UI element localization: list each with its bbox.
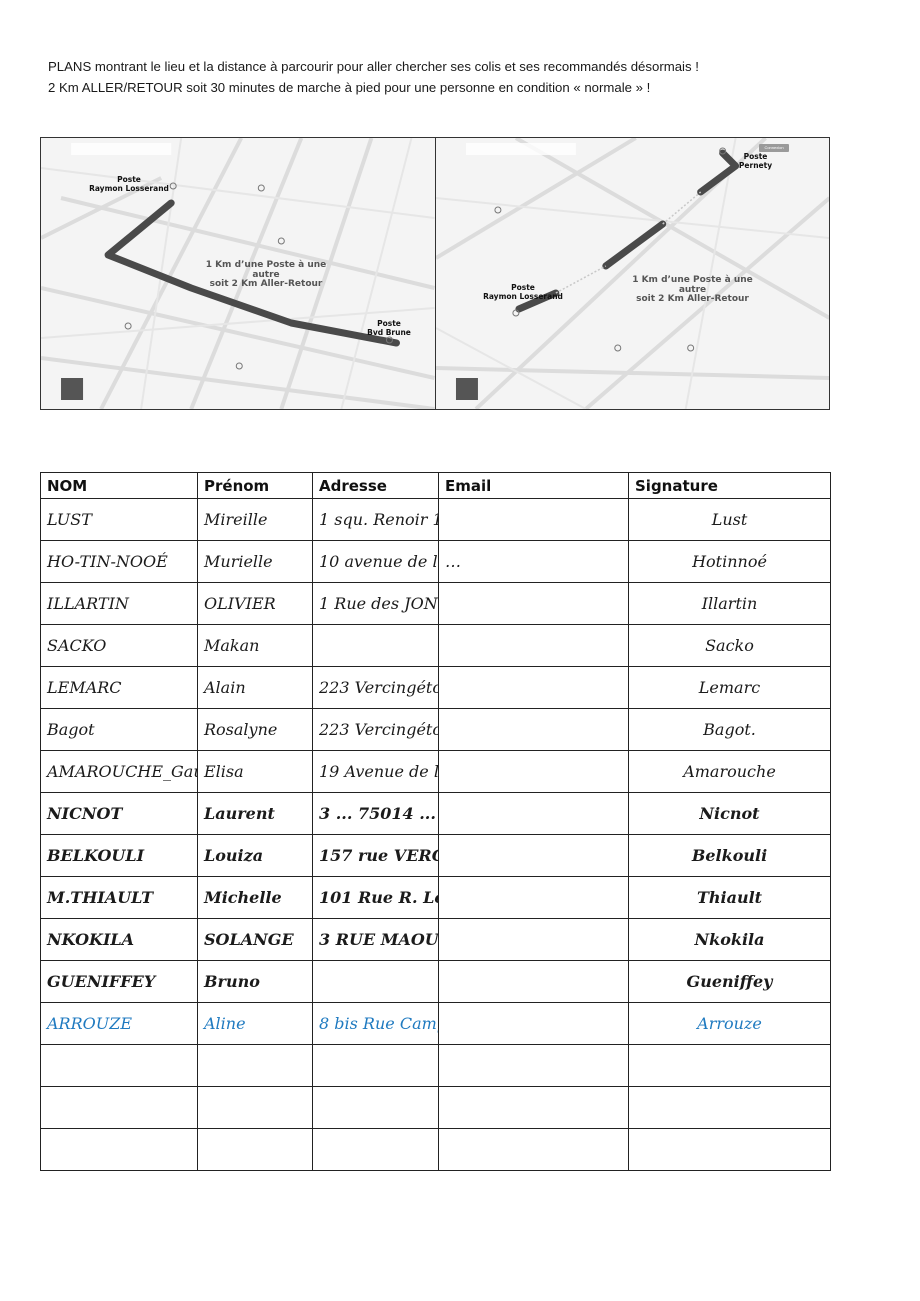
table-row: HO-TIN-NOOÉMurielle10 avenue de la……Hoti… bbox=[41, 541, 831, 583]
cell-adresse: 1 Rue des JONQUILLES bbox=[313, 583, 439, 625]
cell-adresse: 101 Rue R. Losserand bbox=[313, 877, 439, 919]
cell-nom: LUST bbox=[41, 499, 198, 541]
cell-email bbox=[439, 1045, 629, 1087]
cell-email bbox=[439, 1129, 629, 1171]
cell-prenom: Elisa bbox=[198, 751, 313, 793]
cell-prenom bbox=[198, 1129, 313, 1171]
cell-adresse bbox=[313, 625, 439, 667]
cell-prenom: Mireille bbox=[198, 499, 313, 541]
table-row: GUENIFFEYBrunoGueniffey bbox=[41, 961, 831, 1003]
table-row bbox=[41, 1087, 831, 1129]
table-row: BagotRosalyne223 VercingétorixBagot. bbox=[41, 709, 831, 751]
cell-adresse bbox=[313, 1087, 439, 1129]
table-row: NKOKILASOLANGE3 RUE MAOUH de BOUCHORNkok… bbox=[41, 919, 831, 961]
cell-signature: Sacko bbox=[629, 625, 831, 667]
cell-adresse: 223 Vercingétorix bbox=[313, 667, 439, 709]
cell-nom: HO-TIN-NOOÉ bbox=[41, 541, 198, 583]
cell-email bbox=[439, 751, 629, 793]
cell-signature bbox=[629, 1129, 831, 1171]
cell-prenom: OLIVIER bbox=[198, 583, 313, 625]
cell-nom: BELKOULI bbox=[41, 835, 198, 877]
cell-nom: ILLARTIN bbox=[41, 583, 198, 625]
cell-email bbox=[439, 625, 629, 667]
map-1-distance-note: 1 Km d’une Poste à une autre soit 2 Km A… bbox=[191, 261, 341, 290]
cell-prenom: Michelle bbox=[198, 877, 313, 919]
cell-nom bbox=[41, 1045, 198, 1087]
table-row: BELKOULILouiza157 rue VERCINGÉTORIXBelko… bbox=[41, 835, 831, 877]
map-2-start-label: Poste Raymon Losserand bbox=[481, 284, 566, 301]
petition-table: NOM Prénom Adresse Email Signature LUSTM… bbox=[40, 472, 831, 1171]
cell-email bbox=[439, 1087, 629, 1129]
cell-nom bbox=[41, 1129, 198, 1171]
header-prenom: Prénom bbox=[198, 473, 313, 499]
cell-email bbox=[439, 793, 629, 835]
map-2-distance-note: 1 Km d’une Poste à une autre soit 2 Km A… bbox=[618, 276, 768, 305]
table-header-row: NOM Prénom Adresse Email Signature bbox=[41, 473, 831, 499]
intro-line-1: PLANS montrant le lieu et la distance à … bbox=[48, 56, 699, 77]
cell-nom: Bagot bbox=[41, 709, 198, 751]
cell-signature: Nkokila bbox=[629, 919, 831, 961]
cell-nom: ARROUZE bbox=[41, 1003, 198, 1045]
map-1-start-label: Poste Raymon Losserand bbox=[89, 176, 169, 193]
cell-signature bbox=[629, 1087, 831, 1129]
cell-adresse bbox=[313, 1045, 439, 1087]
cell-adresse: 3 ... 75014 ... bbox=[313, 793, 439, 835]
cell-signature: Hotinnoé bbox=[629, 541, 831, 583]
table-row: ARROUZEAline8 bis Rue Campagne-Première … bbox=[41, 1003, 831, 1045]
header-email: Email bbox=[439, 473, 629, 499]
cell-prenom bbox=[198, 1045, 313, 1087]
cell-nom: GUENIFFEY bbox=[41, 961, 198, 1003]
table-row: LUSTMireille1 squ. Renoir 14eLust bbox=[41, 499, 831, 541]
cell-nom: LEMARC bbox=[41, 667, 198, 709]
cell-adresse bbox=[313, 961, 439, 1003]
cell-signature: Thiault bbox=[629, 877, 831, 919]
cell-nom: AMAROUCHE_Gauthier bbox=[41, 751, 198, 793]
cell-prenom bbox=[198, 1087, 313, 1129]
maps-panel: Poste Raymon Losserand Poste Bvd Brune 1… bbox=[40, 137, 830, 410]
map-1-end-label: Poste Bvd Brune bbox=[359, 320, 419, 337]
cell-prenom: Aline bbox=[198, 1003, 313, 1045]
cell-adresse: 10 avenue de la… bbox=[313, 541, 439, 583]
cell-prenom: Alain bbox=[198, 667, 313, 709]
intro-text: PLANS montrant le lieu et la distance à … bbox=[48, 56, 699, 98]
connexion-button[interactable]: Connexion bbox=[759, 144, 789, 152]
cell-signature: Illartin bbox=[629, 583, 831, 625]
cell-prenom: Laurent bbox=[198, 793, 313, 835]
cell-signature: Belkouli bbox=[629, 835, 831, 877]
cell-nom: NKOKILA bbox=[41, 919, 198, 961]
cell-signature: Arrouze bbox=[629, 1003, 831, 1045]
cell-email bbox=[439, 961, 629, 1003]
cell-adresse: 223 Vercingétorix bbox=[313, 709, 439, 751]
map-route-bvd-brune: Poste Raymon Losserand Poste Bvd Brune 1… bbox=[41, 138, 435, 409]
cell-signature: Nicnot bbox=[629, 793, 831, 835]
cell-nom bbox=[41, 1087, 198, 1129]
map-route-pernety: Connexion Poste Pernety Poste Raymon Los… bbox=[435, 138, 830, 409]
cell-email bbox=[439, 709, 629, 751]
cell-signature: Bagot. bbox=[629, 709, 831, 751]
cell-adresse: 157 rue VERCINGÉTORIX bbox=[313, 835, 439, 877]
cell-email bbox=[439, 877, 629, 919]
cell-prenom: Murielle bbox=[198, 541, 313, 583]
intro-line-2: 2 Km ALLER/RETOUR soit 30 minutes de mar… bbox=[48, 77, 699, 98]
cell-email bbox=[439, 835, 629, 877]
cell-adresse: 8 bis Rue Campagne-Première 75014 Paris bbox=[313, 1003, 439, 1045]
table-row: M.THIAULTMichelle101 Rue R. LosserandThi… bbox=[41, 877, 831, 919]
table-row: ILLARTINOLIVIER1 Rue des JONQUILLESIllar… bbox=[41, 583, 831, 625]
cell-signature: Gueniffey bbox=[629, 961, 831, 1003]
cell-nom: NICNOT bbox=[41, 793, 198, 835]
cell-adresse: 19 Avenue de la Porte de Vanves 75014 PA… bbox=[313, 751, 439, 793]
cell-adresse: 3 RUE MAOUH de BOUCHOR bbox=[313, 919, 439, 961]
cell-email bbox=[439, 667, 629, 709]
cell-prenom: Makan bbox=[198, 625, 313, 667]
cell-prenom: Louiza bbox=[198, 835, 313, 877]
header-nom: NOM bbox=[41, 473, 198, 499]
cell-nom: SACKO bbox=[41, 625, 198, 667]
table-row: LEMARCAlain223 VercingétorixLemarc bbox=[41, 667, 831, 709]
map-2-end-label: Poste Pernety bbox=[736, 153, 776, 170]
cell-signature: Lemarc bbox=[629, 667, 831, 709]
table-row: AMAROUCHE_GauthierElisa19 Avenue de la P… bbox=[41, 751, 831, 793]
cell-prenom: Bruno bbox=[198, 961, 313, 1003]
map-2-streets bbox=[436, 138, 830, 409]
cell-adresse: 1 squ. Renoir 14e bbox=[313, 499, 439, 541]
table-row: SACKOMakanSacko bbox=[41, 625, 831, 667]
cell-signature: Amarouche bbox=[629, 751, 831, 793]
table-row bbox=[41, 1045, 831, 1087]
cell-email bbox=[439, 1003, 629, 1045]
cell-nom: M.THIAULT bbox=[41, 877, 198, 919]
cell-email: … bbox=[439, 541, 629, 583]
cell-prenom: SOLANGE bbox=[198, 919, 313, 961]
cell-email bbox=[439, 583, 629, 625]
cell-adresse bbox=[313, 1129, 439, 1171]
table-row bbox=[41, 1129, 831, 1171]
cell-email bbox=[439, 499, 629, 541]
cell-signature: Lust bbox=[629, 499, 831, 541]
header-signature: Signature bbox=[629, 473, 831, 499]
cell-prenom: Rosalyne bbox=[198, 709, 313, 751]
cell-signature bbox=[629, 1045, 831, 1087]
table-row: NICNOTLaurent3 ... 75014 ...Nicnot bbox=[41, 793, 831, 835]
cell-email bbox=[439, 919, 629, 961]
header-adresse: Adresse bbox=[313, 473, 439, 499]
